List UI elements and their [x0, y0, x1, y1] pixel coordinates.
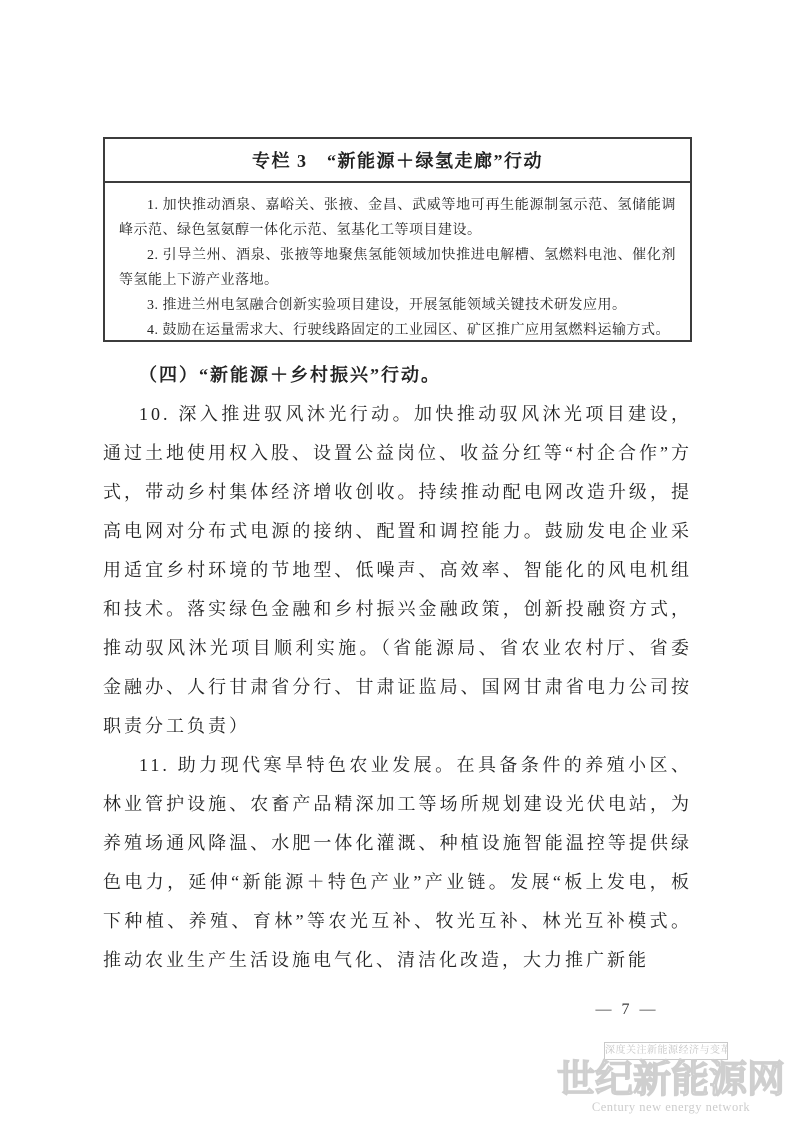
column-box-item-1: 1. 加快推动酒泉、嘉峪关、张掖、金昌、武威等地可再生能源制氢示范、氢储能调峰示… — [119, 193, 676, 243]
column-box-content: 1. 加快推动酒泉、嘉峪关、张掖、金昌、武威等地可再生能源制氢示范、氢储能调峰示… — [105, 183, 690, 343]
watermark-subtitle: Century new energy network — [556, 1100, 786, 1115]
column-box-title: 专栏 3 “新能源＋绿氢走廊”行动 — [105, 139, 690, 183]
document-body: （四）“新能源＋乡村振兴”行动。 10. 深入推进驭风沐光行动。加快推动驭风沐光… — [103, 356, 692, 980]
paragraph-10: 10. 深入推进驭风沐光行动。加快推动驭风沐光项目建设，通过土地使用权入股、设置… — [103, 395, 692, 746]
column-box-item-3: 3. 推进兰州电氢融合创新实验项目建设，开展氢能领域关键技术研发应用。 — [119, 293, 676, 318]
section-heading: （四）“新能源＋乡村振兴”行动。 — [103, 356, 692, 395]
column-box-item-4: 4. 鼓励在运量需求大、行驶线路固定的工业园区、矿区推广应用氢燃料运输方式。 — [119, 318, 676, 343]
column-box-3: 专栏 3 “新能源＋绿氢走廊”行动 1. 加快推动酒泉、嘉峪关、张掖、金昌、武威… — [103, 137, 692, 342]
page-number: — 7 — — [552, 1001, 702, 1019]
column-box-item-2: 2. 引导兰州、酒泉、张掖等地聚焦氢能领域加快推进电解槽、氢燃料电池、催化剂等氢… — [119, 243, 676, 293]
paragraph-11: 11. 助力现代寒旱特色农业发展。在具备条件的养殖小区、林业管护设施、农畜产品精… — [103, 746, 692, 980]
watermark-logo: 世纪新能源网 — [556, 1058, 786, 1102]
